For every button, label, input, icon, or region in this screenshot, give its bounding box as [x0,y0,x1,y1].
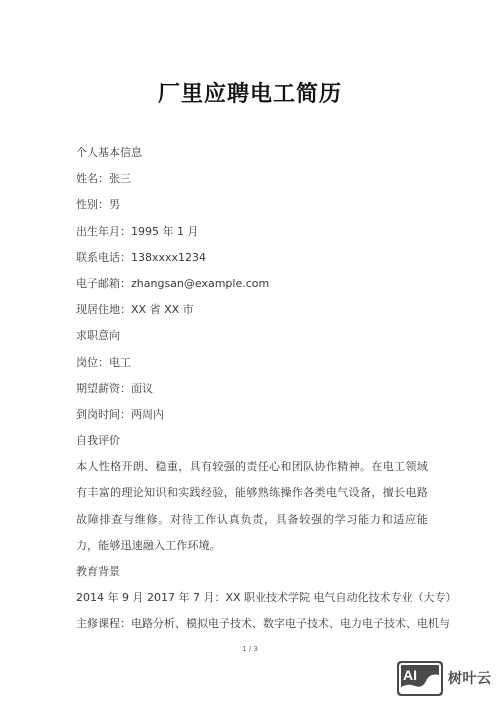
field-birth-date: 出生年月：1995 年 1 月 [76,219,428,245]
field-phone: 联系电话：138xxxx1234 [76,245,428,271]
section-heading-job-intention: 求职意向 [76,323,428,349]
watermark: AI 树叶云 [397,660,492,696]
field-availability: 到岗时间：两周内 [76,402,428,428]
self-evaluation-paragraph: 本人性格开朗、稳重，具有较强的责任心和团队协作精神。在电工领域有丰富的理论知识和… [76,454,428,559]
document-body: 个人基本信息 姓名：张三 性别：男 出生年月：1995 年 1 月 联系电话：1… [76,140,428,638]
section-heading-self-evaluation: 自我评价 [76,428,428,454]
section-heading-personal-info: 个人基本信息 [76,140,428,166]
document-page: 厂里应聘电工简历 个人基本信息 姓名：张三 性别：男 出生年月：1995 年 1… [0,0,500,707]
section-heading-education: 教育背景 [76,559,428,585]
field-gender: 性别：男 [76,192,428,218]
svg-text:AI: AI [403,667,417,683]
page-indicator: 1 / 3 [0,645,500,653]
education-entry: 2014 年 9 月 2017 年 7 月：XX 职业技术学院 电气自动化技术专… [76,585,428,611]
field-expected-salary: 期望薪资：面议 [76,376,428,402]
field-position: 岗位：电工 [76,350,428,376]
watermark-brand: 树叶云 [448,668,492,688]
field-residence: 现居住地：XX 省 XX 市 [76,297,428,323]
field-email: 电子邮箱：zhangsan@example.com [76,271,428,297]
field-name: 姓名：张三 [76,166,428,192]
education-courses: 主修课程：电路分析、模拟电子技术、数字电子技术、电力电子技术、电机与 [76,611,428,637]
ai-image-icon: AI [397,661,443,696]
document-title: 厂里应聘电工简历 [0,80,500,110]
